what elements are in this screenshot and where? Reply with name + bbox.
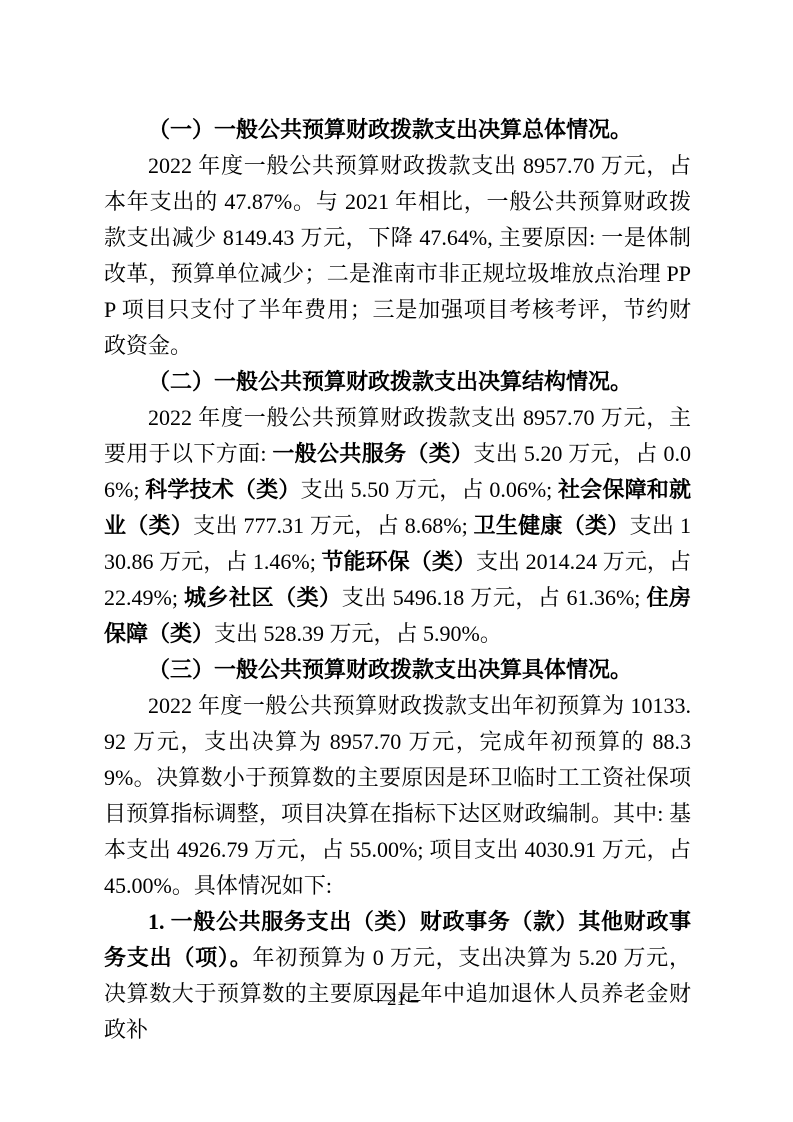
text-run: 支出 5.50 万元，占 0.06%; bbox=[301, 477, 558, 502]
text-run: 支出 777.31 万元，占 8.68%; bbox=[193, 513, 473, 538]
document-page: （一）一般公共预算财政拨款支出决算总体情况。 2022 年度一般公共预算财政拨款… bbox=[0, 0, 793, 1122]
text-run-bold: 城乡社区（类） bbox=[184, 585, 342, 610]
text-run-bold: 节能环保（类） bbox=[321, 549, 476, 574]
text-run-bold: 卫生健康（类） bbox=[474, 513, 630, 538]
text-run: 支出 5496.18 万元，占 61.36%; bbox=[342, 585, 647, 610]
section-heading-2: （二）一般公共预算财政拨款支出决算结构情况。 bbox=[104, 364, 691, 400]
paragraph-specific: 2022 年度一般公共预算财政拨款支出年初预算为 10133.92 万元，支出决… bbox=[104, 688, 691, 904]
text-run-bold: 一般公共服务（类） bbox=[272, 441, 473, 466]
paragraph-overall: 2022 年度一般公共预算财政拨款支出 8957.70 万元，占本年支出的 47… bbox=[104, 148, 691, 364]
text-run-bold: 科学技术（类） bbox=[145, 477, 300, 502]
paragraph-structure: 2022 年度一般公共预算财政拨款支出 8957.70 万元，主要用于以下方面:… bbox=[104, 400, 691, 652]
paragraph-item-1: 1. 一般公共服务支出（类）财政事务（款）其他财政事务支出（项）。年初预算为 0… bbox=[104, 904, 691, 1048]
heading-text: （二）一般公共预算财政拨款支出决算结构情况。 bbox=[148, 369, 632, 394]
page-number: – 21 – bbox=[0, 988, 793, 1012]
section-heading-3: （三）一般公共预算财政拨款支出决算具体情况。 bbox=[104, 652, 691, 688]
text-run: 2022 年度一般公共预算财政拨款支出 8957.70 万元，占本年支出的 47… bbox=[104, 153, 691, 358]
document-body: （一）一般公共预算财政拨款支出决算总体情况。 2022 年度一般公共预算财政拨款… bbox=[104, 112, 691, 1048]
text-run: 支出 528.39 万元，占 5.90%。 bbox=[214, 621, 502, 646]
heading-text: （三）一般公共预算财政拨款支出决算具体情况。 bbox=[148, 657, 632, 682]
heading-text: （一）一般公共预算财政拨款支出决算总体情况。 bbox=[148, 117, 632, 142]
section-heading-1: （一）一般公共预算财政拨款支出决算总体情况。 bbox=[104, 112, 691, 148]
text-run: 2022 年度一般公共预算财政拨款支出年初预算为 10133.92 万元，支出决… bbox=[104, 693, 691, 898]
